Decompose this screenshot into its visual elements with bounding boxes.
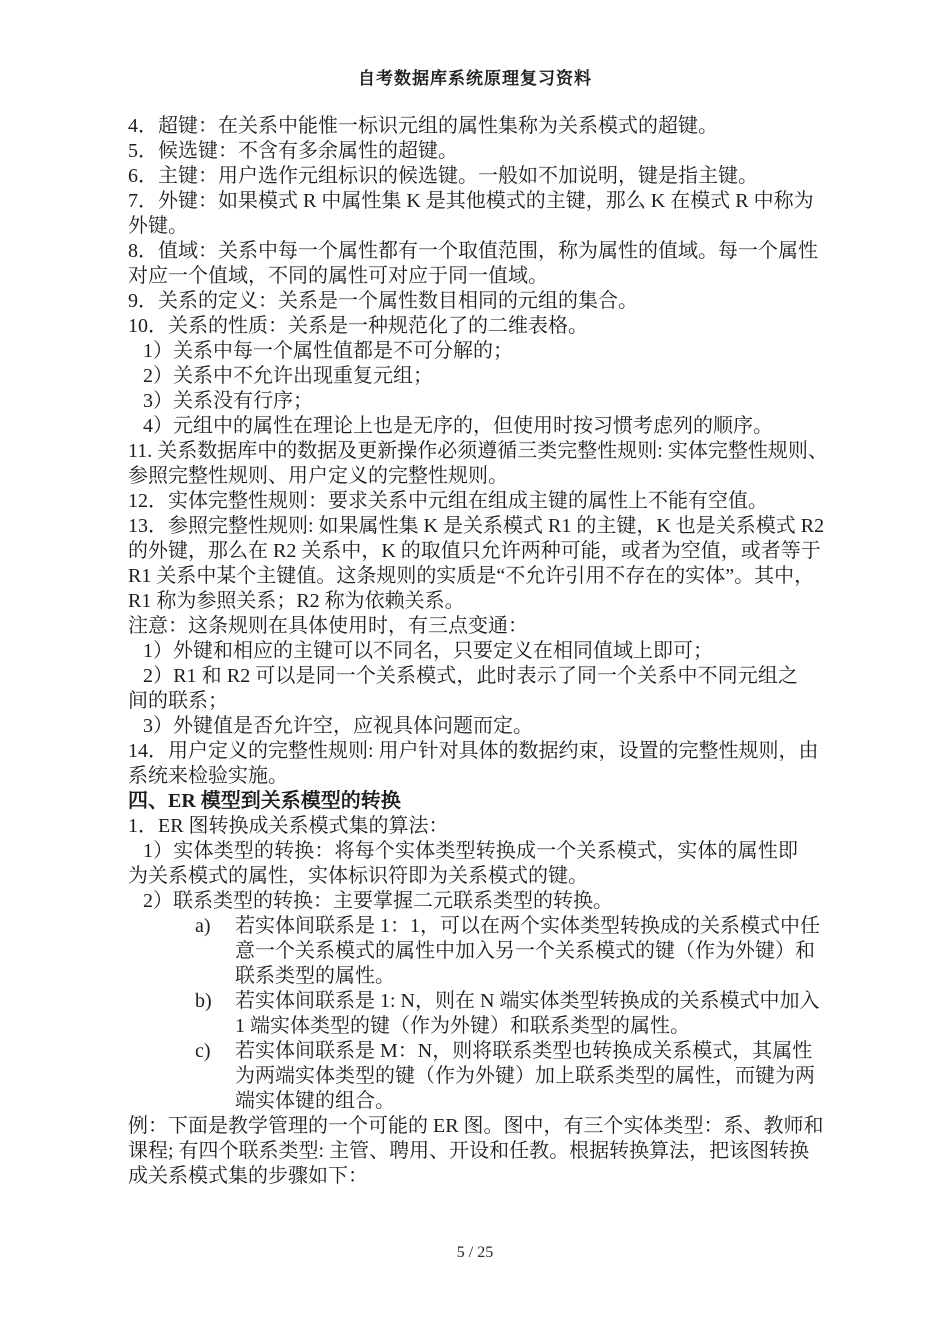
text-line: 12．实体完整性规则：要求关系中元组在组成主键的属性上不能有空值。 [128, 489, 798, 514]
text-line: 11. 关系数据库中的数据及更新操作必须遵循三类完整性规则: 实体完整性规则、 [128, 439, 798, 464]
document-title: 自考数据库系统原理复习资料 [0, 64, 950, 89]
document-body: 4．超键：在关系中能惟一标识元组的属性集称为关系模式的超键。5．候选键：不含有多… [128, 114, 798, 1189]
text-line: 14．用户定义的完整性规则: 用户针对具体的数据约束，设置的完整性规则，由 [128, 739, 798, 764]
text-line: 1）实体类型的转换：将每个实体类型转换成一个关系模式，实体的属性即 [128, 839, 798, 864]
text-line: 4）元组中的属性在理论上也是无序的，但使用时按习惯考虑列的顺序。 [128, 414, 798, 439]
text-line: 1．ER 图转换成关系模式集的算法： [128, 814, 798, 839]
text-line: R1 关系中某个主键值。这条规则的实质是“不允许引用不存在的实体”。其中， [128, 564, 798, 589]
text-line: 6．主键：用户选作元组标识的候选键。一般如不加说明，键是指主键。 [128, 164, 798, 189]
list-marker: a) [195, 914, 235, 939]
document-page: 自考数据库系统原理复习资料 4．超键：在关系中能惟一标识元组的属性集称为关系模式… [0, 0, 950, 1341]
text-line: b)若实体间联系是 1: N，则在 N 端实体类型转换成的关系模式中加入 [128, 989, 798, 1014]
text-line: 成关系模式集的步骤如下： [128, 1164, 798, 1189]
text-line: R1 称为参照关系；R2 称为依赖关系。 [128, 589, 798, 614]
text-line: 3）外键值是否允许空，应视具体问题而定。 [128, 714, 798, 739]
text-line-content: 若实体间联系是 1: N，则在 N 端实体类型转换成的关系模式中加入 [235, 989, 819, 1014]
text-line: 1 端实体类型的键（作为外键）和联系类型的属性。 [128, 1014, 798, 1039]
text-line: 7．外键：如果模式 R 中属性集 K 是其他模式的主键，那么 K 在模式 R 中… [128, 189, 798, 214]
text-line: 1）关系中每一个属性值都是不可分解的； [128, 339, 798, 364]
text-line: 为两端实体类型的键（作为外键）加上联系类型的属性，而键为两 [128, 1064, 798, 1089]
text-line: c)若实体间联系是 M：N，则将联系类型也转换成关系模式，其属性 [128, 1039, 798, 1064]
text-line-content: 若实体间联系是 M：N，则将联系类型也转换成关系模式，其属性 [235, 1039, 812, 1064]
text-line: 间的联系； [128, 689, 798, 714]
text-line: 参照完整性规则、用户定义的完整性规则。 [128, 464, 798, 489]
text-line: 四、ER 模型到关系模型的转换 [128, 789, 798, 814]
text-line: 意一个关系模式的属性中加入另一个关系模式的键（作为外键）和 [128, 939, 798, 964]
text-line: 1）外键和相应的主键可以不同名，只要定义在相同值域上即可； [128, 639, 798, 664]
text-line: 对应一个值域，不同的属性可对应于同一值域。 [128, 264, 798, 289]
text-line: 13．参照完整性规则: 如果属性集 K 是关系模式 R1 的主键，K 也是关系模… [128, 514, 798, 539]
text-line: 5．候选键：不含有多余属性的超键。 [128, 139, 798, 164]
text-line: 系统来检验实施。 [128, 764, 798, 789]
text-line: 10．关系的性质：关系是一种规范化了的二维表格。 [128, 314, 798, 339]
list-marker: b) [195, 989, 235, 1014]
text-line: 端实体键的组合。 [128, 1089, 798, 1114]
text-line: 8．值域：关系中每一个属性都有一个取值范围，称为属性的值域。每一个属性 [128, 239, 798, 264]
text-line: 2）R1 和 R2 可以是同一个关系模式，此时表示了同一个关系中不同元组之 [128, 664, 798, 689]
text-line: 9．关系的定义：关系是一个属性数目相同的元组的集合。 [128, 289, 798, 314]
page-number: 5 / 25 [0, 1244, 950, 1262]
text-line: 为关系模式的属性，实体标识符即为关系模式的键。 [128, 864, 798, 889]
text-line: 4．超键：在关系中能惟一标识元组的属性集称为关系模式的超键。 [128, 114, 798, 139]
text-line: 外键。 [128, 214, 798, 239]
text-line: 的外键，那么在 R2 关系中，K 的取值只允许两种可能，或者为空值，或者等于 [128, 539, 798, 564]
text-line: 联系类型的属性。 [128, 964, 798, 989]
text-line: 例：下面是教学管理的一个可能的 ER 图。图中，有三个实体类型：系、教师和 [128, 1114, 798, 1139]
text-line: a)若实体间联系是 1：1，可以在两个实体类型转换成的关系模式中任 [128, 914, 798, 939]
list-marker: c) [195, 1039, 235, 1064]
text-line: 2）关系中不允许出现重复元组； [128, 364, 798, 389]
text-line: 注意：这条规则在具体使用时，有三点变通： [128, 614, 798, 639]
text-line: 3）关系没有行序； [128, 389, 798, 414]
text-line: 课程; 有四个联系类型: 主管、聘用、开设和任教。根据转换算法，把该图转换 [128, 1139, 798, 1164]
text-line: 2）联系类型的转换：主要掌握二元联系类型的转换。 [128, 889, 798, 914]
text-line-content: 若实体间联系是 1：1，可以在两个实体类型转换成的关系模式中任 [235, 914, 820, 939]
